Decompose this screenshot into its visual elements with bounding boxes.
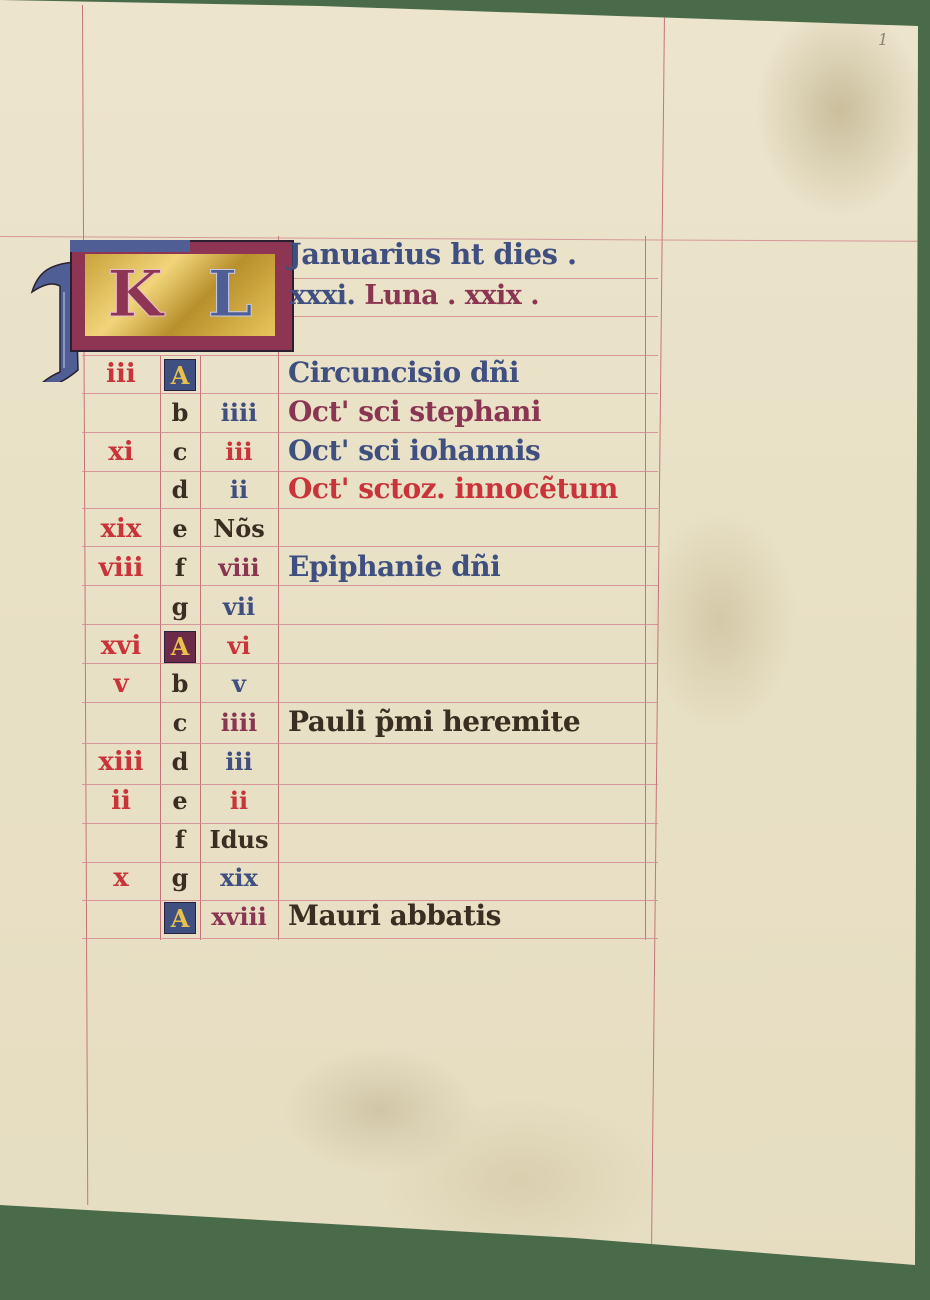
golden-number: viii xyxy=(86,555,156,581)
feast-name: Oct' sctoz. innocẽtum xyxy=(288,475,618,503)
roman-day: ii xyxy=(201,478,277,502)
month-days-text: Januarius ht dies . xyxy=(288,237,577,271)
ruling-row-line xyxy=(82,784,658,785)
roman-day: iii xyxy=(201,440,277,464)
ruling-row-line xyxy=(82,862,658,863)
dominical-letter: c xyxy=(162,711,198,735)
illuminated-dominical-a: A xyxy=(164,359,196,391)
days-count-text: xxxi. xyxy=(290,280,355,311)
ruling-row-line xyxy=(278,278,658,279)
dominical-letter: b xyxy=(162,672,198,696)
dominical-letter: f xyxy=(162,828,198,852)
roman-day: iiii xyxy=(201,401,277,425)
ruling-row-line xyxy=(82,393,658,394)
roman-day: vi xyxy=(201,634,277,658)
roman-day: Nõs xyxy=(201,517,277,541)
ruling-row-line xyxy=(82,823,658,824)
illuminated-initial-kl: K L xyxy=(30,232,278,382)
golden-number: xix xyxy=(86,516,156,542)
initial-letter-l: L xyxy=(208,263,253,327)
initial-letter-k: K xyxy=(107,263,163,327)
feast-name: Pauli p̃mi heremite xyxy=(288,708,580,736)
golden-number: v xyxy=(86,671,156,697)
golden-number: x xyxy=(86,865,156,891)
ruling-text-right xyxy=(645,236,646,940)
ruling-row-line xyxy=(82,743,658,744)
ruling-row-line xyxy=(82,585,658,586)
roman-day: ii xyxy=(201,789,277,813)
roman-day: xix xyxy=(201,866,277,890)
folio-number: 1 xyxy=(878,30,888,49)
roman-day: iiii xyxy=(201,711,277,735)
ruling-right-margin xyxy=(651,12,665,1252)
luna-text: Luna . xxix . xyxy=(364,280,539,311)
dominical-letter: e xyxy=(162,517,198,541)
roman-day: viii xyxy=(201,556,277,580)
dominical-letter: d xyxy=(162,478,198,502)
ruling-row-line xyxy=(82,624,658,625)
roman-day: iii xyxy=(201,750,277,774)
ruling-row-line xyxy=(82,702,658,703)
golden-number: ii xyxy=(86,788,156,814)
illuminated-dominical-a: A xyxy=(164,902,196,934)
ruling-row-line xyxy=(82,546,658,547)
dominical-letter: c xyxy=(162,440,198,464)
ruling-row-line xyxy=(82,508,658,509)
header-line-1: Januarius ht dies . xyxy=(288,240,577,269)
dominical-letter: g xyxy=(162,866,198,890)
ruling-left-margin xyxy=(82,5,88,1205)
feast-name: Oct' sci stephani xyxy=(288,398,541,426)
roman-day: xviii xyxy=(201,905,277,929)
dominical-letter: e xyxy=(162,789,198,813)
ruling-row-line xyxy=(82,938,658,939)
illuminated-dominical-a: A xyxy=(164,631,196,663)
ruling-row-line xyxy=(278,316,658,317)
ruling-row-line xyxy=(82,432,658,433)
dominical-letter: b xyxy=(162,401,198,425)
initial-gold-field: K L xyxy=(85,254,275,336)
ruling-golden-number-col xyxy=(160,355,161,940)
feast-name: Mauri abbatis xyxy=(288,902,501,930)
golden-number: iii xyxy=(86,361,156,387)
feast-name: Epiphanie dñi xyxy=(288,553,500,581)
header-line-2: xxxi. Luna . xxix . xyxy=(290,282,539,309)
roman-day: Idus xyxy=(201,828,277,852)
feast-name: Circuncisio dñi xyxy=(288,359,519,387)
golden-number: xvi xyxy=(86,633,156,659)
roman-day: v xyxy=(201,672,277,696)
feast-name: Oct' sci iohannis xyxy=(288,437,540,465)
roman-day: vii xyxy=(201,595,277,619)
manuscript-page: 1 K L Januarius ht dies . xxxi. Luna . x… xyxy=(0,0,930,1300)
dominical-letter: f xyxy=(162,556,198,580)
golden-number: xi xyxy=(86,439,156,465)
dominical-letter: d xyxy=(162,750,198,774)
dominical-letter: g xyxy=(162,595,198,619)
golden-number: xiii xyxy=(86,749,156,775)
ruling-row-line xyxy=(82,663,658,664)
initial-frame-blue-band xyxy=(70,240,190,252)
